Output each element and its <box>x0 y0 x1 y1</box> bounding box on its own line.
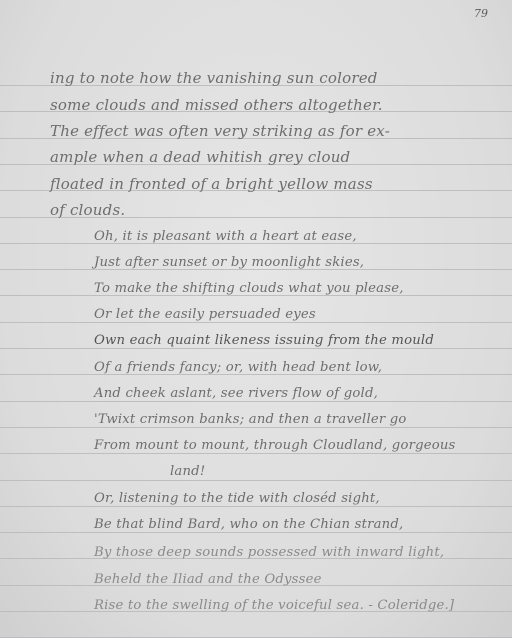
prose-line: some clouds and missed others altogether… <box>50 96 383 114</box>
verse-line: Or, listening to the tide with closéd si… <box>94 491 380 506</box>
verse-line: land! <box>170 464 205 479</box>
ruled-line <box>0 532 512 533</box>
ruled-line <box>0 506 512 507</box>
prose-line: ing to note how the vanishing sun colore… <box>50 69 378 87</box>
ruled-line <box>0 322 512 323</box>
page-number: 79 <box>474 7 488 20</box>
verse-line: Own each quaint likeness issuing from th… <box>94 333 434 348</box>
verse-line: Oh, it is pleasant with a heart at ease, <box>94 229 357 244</box>
verse-line: From mount to mount, through Cloudland, … <box>94 438 456 453</box>
verse-line: Beheld the Iliad and the Odyssee <box>94 572 322 587</box>
ruled-line <box>0 453 512 454</box>
ruled-line <box>0 480 512 481</box>
verse-line: Of a friends fancy; or, with head bent l… <box>94 360 382 375</box>
ruled-line <box>0 348 512 349</box>
ruled-line <box>0 401 512 402</box>
notebook-page: 79 ing to note how the vanishing sun col… <box>0 0 512 638</box>
verse-line: Or let the easily persuaded eyes <box>94 307 316 322</box>
verse-line: And cheek aslant, see rivers flow of gol… <box>94 386 378 401</box>
verse-line: By those deep sounds possessed with inwa… <box>94 545 444 560</box>
prose-line: ample when a dead whitish grey cloud <box>50 148 350 166</box>
verse-line: Be that blind Bard, who on the Chian str… <box>94 517 403 532</box>
ruled-line <box>0 427 512 428</box>
prose-line: of clouds. <box>50 201 125 219</box>
prose-line: The effect was often very striking as fo… <box>50 122 390 140</box>
verse-line: To make the shifting clouds what you ple… <box>94 281 404 296</box>
prose-line: floated in fronted of a bright yellow ma… <box>50 175 373 193</box>
verse-line: 'Twixt crimson banks; and then a travell… <box>94 412 407 427</box>
verse-line: Just after sunset or by moonlight skies, <box>94 255 364 270</box>
verse-line: Rise to the swelling of the voiceful sea… <box>94 598 454 613</box>
